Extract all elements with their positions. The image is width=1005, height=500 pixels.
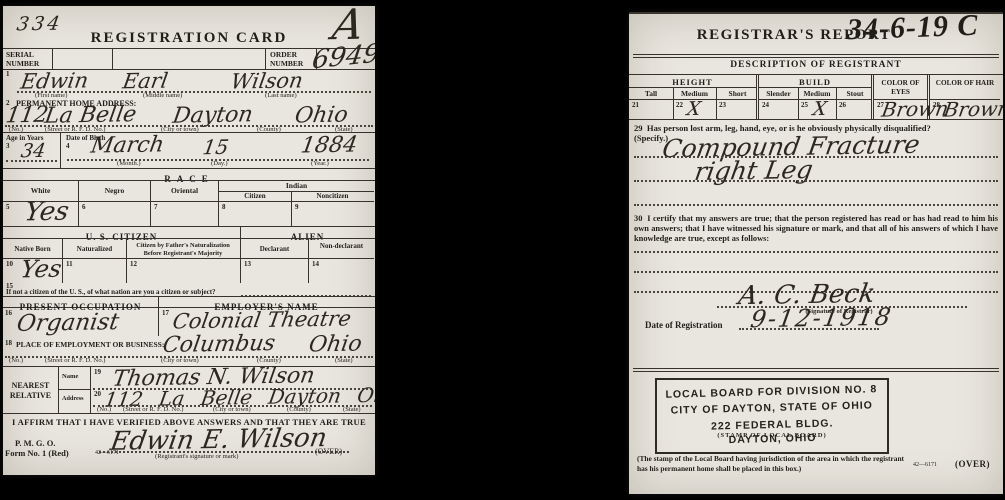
race-white-label: White: [3, 186, 78, 195]
line29-number: 29: [634, 123, 643, 133]
height-medium-mark: X: [685, 100, 702, 119]
native-born-value: Yes: [19, 257, 63, 282]
dob-month-value: March: [89, 134, 165, 157]
form-number-label: Form No. 1 (Red): [5, 448, 69, 458]
physique-line: [629, 87, 756, 88]
last-name-value: Wilson: [229, 70, 304, 92]
relative-address-label: Address: [62, 395, 84, 402]
line30-body: I certify that my answers are true; that…: [634, 214, 998, 243]
height-tall-label: Tall: [629, 89, 673, 98]
citizen-line: [309, 258, 374, 259]
middle-name-label: (Middle name): [143, 92, 182, 99]
race-line: [79, 201, 150, 202]
citizen-line: [127, 258, 240, 259]
race-white-number: 5: [6, 203, 10, 211]
build-medium-mark: X: [811, 100, 828, 119]
naturalized-label: Naturalized: [63, 245, 126, 253]
address-row: 2 PERMANENT HOME ADDRESS: 112 La Belle D…: [3, 99, 375, 132]
exception-line-1: [634, 251, 998, 253]
citizenship-table: Native Born 10 Yes Naturalized 11 Citize…: [3, 238, 375, 283]
relative-name-label: Name: [62, 373, 78, 380]
name-write-line: [17, 91, 371, 93]
physique-divider: [836, 87, 837, 119]
local-board-stamp: LOCAL BOARD FOR DIVISION NO. 8 CITY OF D…: [656, 383, 887, 448]
answer-line-2: [634, 180, 998, 182]
race-divider: [291, 192, 292, 226]
relative-label-state: (State): [343, 406, 361, 413]
registration-card: 334 REGISTRATION CARD A SERIAL NUMBER OR…: [3, 6, 375, 475]
place-label-state: (State): [335, 357, 353, 364]
naturalized-number: 11: [66, 260, 73, 268]
physique-line: [759, 87, 871, 88]
line15-row: 15 If not a citizen of the U. S., of wha…: [3, 283, 375, 296]
build-slender-label: Slender: [759, 89, 798, 98]
build-header: BUILD: [759, 77, 871, 87]
relative-label-street: (Street or R. F. D. No.): [123, 406, 183, 413]
physique-divider: [798, 87, 799, 119]
citizen-alien-header-row: U. S. CITIZEN ALIEN: [3, 226, 375, 238]
race-citizen-number: 8: [222, 203, 226, 211]
exception-line-2: [634, 271, 998, 273]
date-of-registration-label: Date of Registration: [645, 320, 722, 330]
race-line: [151, 201, 218, 202]
build-stout-label: Stout: [836, 89, 874, 98]
relative-label-county: (County): [287, 406, 311, 413]
place-label-no: (No.): [9, 357, 23, 364]
place-city-value: Columbus: [161, 333, 277, 357]
line1-number: 1: [6, 70, 10, 78]
father-naturalization-number: 12: [130, 260, 137, 268]
race-negro-label: Negro: [79, 186, 150, 195]
place-of-employment-row: 18 PLACE OF EMPLOYMENT OR BUSINESS: Colu…: [3, 336, 375, 356]
stamp-line-1: LOCAL BOARD FOR DIVISION NO. 8: [656, 383, 886, 401]
first-name-value: Edwin: [19, 70, 90, 92]
race-line: [219, 201, 374, 202]
race-white-value: Yes: [23, 199, 71, 226]
relative-label-city: (City or town): [213, 406, 251, 413]
nondeclarant-number: 14: [312, 260, 319, 268]
eyes-value: Brown: [880, 98, 950, 119]
place-of-employment-label: PLACE OF EMPLOYMENT OR BUSINESS:: [16, 340, 164, 349]
left-over-label: (OVER): [315, 447, 342, 456]
date-write-line: [739, 328, 879, 330]
line30-number: 30: [634, 214, 642, 223]
serial-number-label: SERIAL NUMBER: [6, 51, 46, 68]
right-print-code: 42—6171: [913, 462, 937, 468]
citizen-line: [63, 258, 126, 259]
footer-rule: [633, 368, 999, 372]
number-23: 23: [719, 101, 726, 109]
age-value: 34: [19, 142, 46, 161]
dob-day-value: 15: [201, 137, 230, 157]
height-header: HEIGHT: [629, 77, 756, 87]
answer-line-1: [634, 156, 998, 158]
dob-day-label: (Day.): [211, 160, 228, 167]
number-22: 22: [676, 101, 683, 109]
last-name-label: (Last name): [265, 92, 297, 99]
citizen-line: [241, 258, 308, 259]
declarant-number: 13: [244, 260, 251, 268]
number-26: 26: [839, 101, 846, 109]
line15-question: If not a citizen of the U. S., of what n…: [6, 288, 216, 296]
stamp-box-caption: (The stamp of the Local Board having jur…: [637, 454, 905, 473]
race-header-row: RACE: [3, 168, 375, 180]
race-indian-noncitizen-label: Noncitizen: [291, 192, 374, 200]
description-header: DESCRIPTION OF REGISTRANT: [629, 60, 1003, 70]
first-name-label: (First name): [35, 92, 67, 99]
number-24: 24: [762, 101, 769, 109]
right-over-label: (OVER): [955, 459, 990, 469]
line19-number: 19: [94, 368, 101, 376]
race-oriental-number: 7: [154, 203, 158, 211]
order-number-value: 6949: [310, 41, 375, 74]
middle-name-value: Earl: [121, 71, 169, 93]
number-21: 21: [632, 101, 639, 109]
hair-value: Brown: [942, 98, 1003, 119]
answer-line-3: [634, 204, 998, 206]
race-indian-citizen-label: Citizen: [219, 192, 291, 200]
serial-number-box: [53, 49, 113, 69]
line20-number: 20: [94, 390, 101, 398]
height-medium-label: Medium: [673, 89, 716, 98]
pmgo-label: P. M. G. O.: [15, 438, 56, 448]
name-row: 1 Edwin Earl Wilson (First name) (Middle…: [3, 70, 375, 99]
physique-table: HEIGHT Tall Medium Short 21 22 X 23 BUIL…: [629, 74, 1003, 120]
title-rule: [633, 54, 999, 58]
stamp-box: (STAMP OF LOCAL BOARD) LOCAL BOARD FOR D…: [655, 378, 889, 454]
employer-value: Colonial Theatre: [171, 308, 352, 332]
line17-number: 17: [162, 309, 169, 317]
place-label-street: (Street or R. F. D. No.): [45, 357, 105, 364]
nearest-relative-block: NEAREST RELATIVE Name Address 19 Thomas …: [3, 366, 375, 414]
line16-number: 16: [5, 309, 12, 317]
declarant-label: Declarant: [241, 245, 308, 253]
eyes-header: COLOR OF EYES: [874, 79, 927, 97]
nearest-relative-label: NEAREST RELATIVE: [3, 381, 58, 401]
serial-blank-space: [113, 49, 265, 69]
age-write-line: [6, 160, 57, 162]
certification-text: 30 I certify that my answers are true; t…: [634, 214, 998, 244]
registrars-report-card: REGISTRAR'S REPORT 34-6-19 C DESCRIPTION…: [629, 12, 1003, 494]
age-dob-row: Age in Years 3 34 Date of Birth 4 March …: [3, 132, 375, 168]
dob-year-label: (Year.): [311, 160, 329, 167]
build-medium-label: Medium: [798, 89, 836, 98]
stamp-line-2: CITY OF DAYTON, STATE OF OHIO: [657, 399, 887, 417]
occupation-value: Organist: [15, 311, 120, 336]
race-indian-label: Indian: [219, 181, 374, 190]
order-number-label: ORDER NUMBER: [270, 51, 314, 68]
dob-month-label: (Month.): [117, 160, 141, 167]
relative-divider: [59, 389, 90, 390]
height-short-label: Short: [716, 89, 759, 98]
line18-number: 18: [5, 339, 12, 347]
native-born-number: 10: [6, 260, 13, 268]
physique-divider: [716, 87, 717, 119]
physique-divider: [673, 87, 674, 119]
dob-year-value: 1884: [299, 135, 359, 158]
race-table: White 5 Yes Negro 6 Oriental 7 Indian Ci…: [3, 180, 375, 226]
race-negro-number: 6: [82, 203, 86, 211]
father-naturalization-label: Citizen by Father's Naturalization Befor…: [129, 242, 237, 257]
registrant-signature-label: (Registrant's signature or mark): [155, 453, 238, 460]
race-noncitizen-number: 9: [295, 203, 299, 211]
native-born-label: Native Born: [3, 245, 62, 253]
nondeclarant-label: Non-declarant: [309, 242, 374, 250]
stamped-board-number: 34-6-19 C: [846, 12, 979, 47]
place-state-value: Ohio: [307, 334, 363, 357]
penciled-number: 334: [15, 15, 63, 35]
card-title: REGISTRATION CARD: [65, 30, 313, 47]
line3-number: 3: [6, 142, 10, 150]
number-25: 25: [801, 101, 808, 109]
hair-header: COLOR OF HAIR: [930, 79, 1000, 88]
place-label-city: (City or town): [161, 357, 199, 364]
line4-number: 4: [66, 142, 70, 150]
race-oriental-label: Oriental: [151, 186, 218, 195]
relative-label-no: (No.): [97, 406, 111, 413]
